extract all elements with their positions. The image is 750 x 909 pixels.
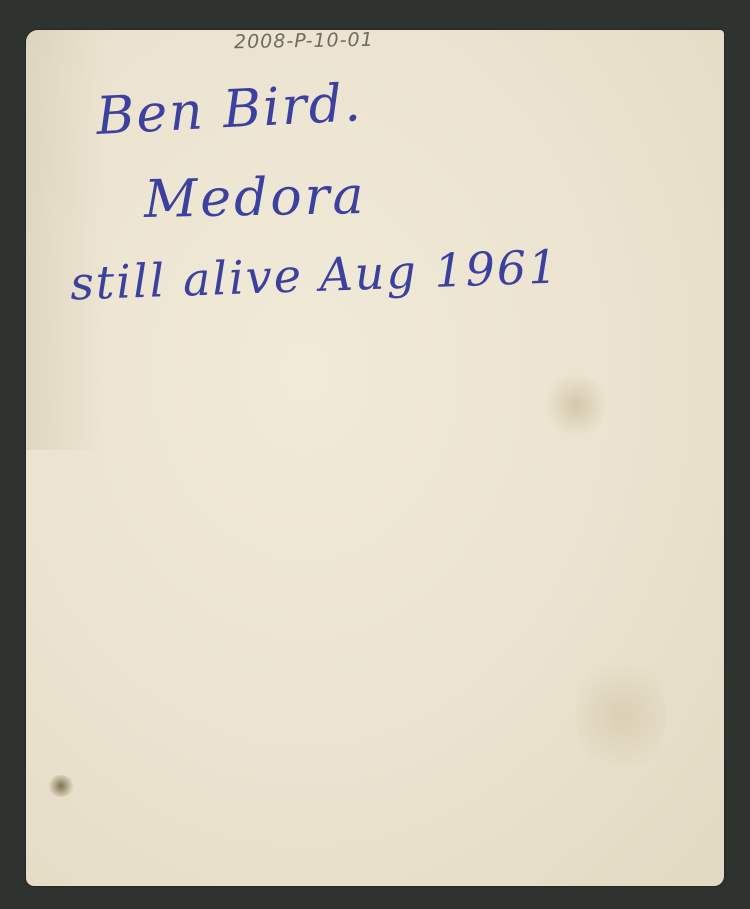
handwriting-name: Ben Bird. [95, 73, 364, 147]
stain-mark [546, 370, 606, 440]
stain-mark [576, 650, 666, 780]
stain-spot [48, 775, 74, 797]
photo-card-back: 2008-P-10-01 Ben Bird. Medora still aliv… [26, 30, 724, 886]
handwriting-note: still alive Aug 1961 [69, 239, 560, 310]
accession-number: 2008-P-10-01 [234, 29, 374, 53]
handwriting-place: Medora [143, 166, 366, 230]
